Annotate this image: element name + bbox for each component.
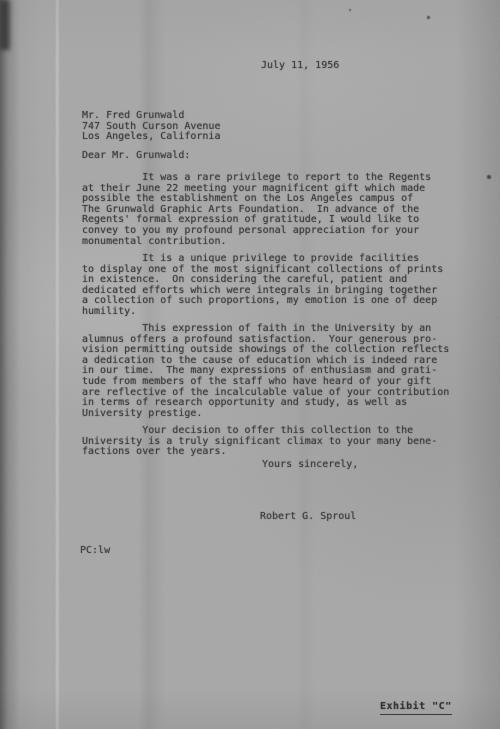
recipient-address: Mr. Fred Grunwald 747 South Curson Avenu… xyxy=(82,111,220,143)
closing: Yours sincerely, xyxy=(262,460,358,471)
paragraph-3: This expression of faith in the Universi… xyxy=(82,324,449,419)
letter-date: July 11, 1956 xyxy=(261,61,339,72)
paragraph-2: It is a unique privilege to provide faci… xyxy=(82,254,443,318)
letter-page: July 11, 1956 Mr. Fred Grunwald 747 Sout… xyxy=(0,0,500,729)
salutation: Dear Mr. Grunwald: xyxy=(82,151,190,162)
paragraph-1: It was a rare privilege to report to the… xyxy=(82,173,431,247)
signature-name: Robert G. Sproul xyxy=(260,512,356,523)
exhibit-label: Exhibit "C" xyxy=(380,702,452,715)
letter-content: July 11, 1956 Mr. Fred Grunwald 747 Sout… xyxy=(0,0,500,729)
paragraph-4: Your decision to offer this collection t… xyxy=(82,426,437,458)
typist-initials: PC:lw xyxy=(80,546,110,557)
